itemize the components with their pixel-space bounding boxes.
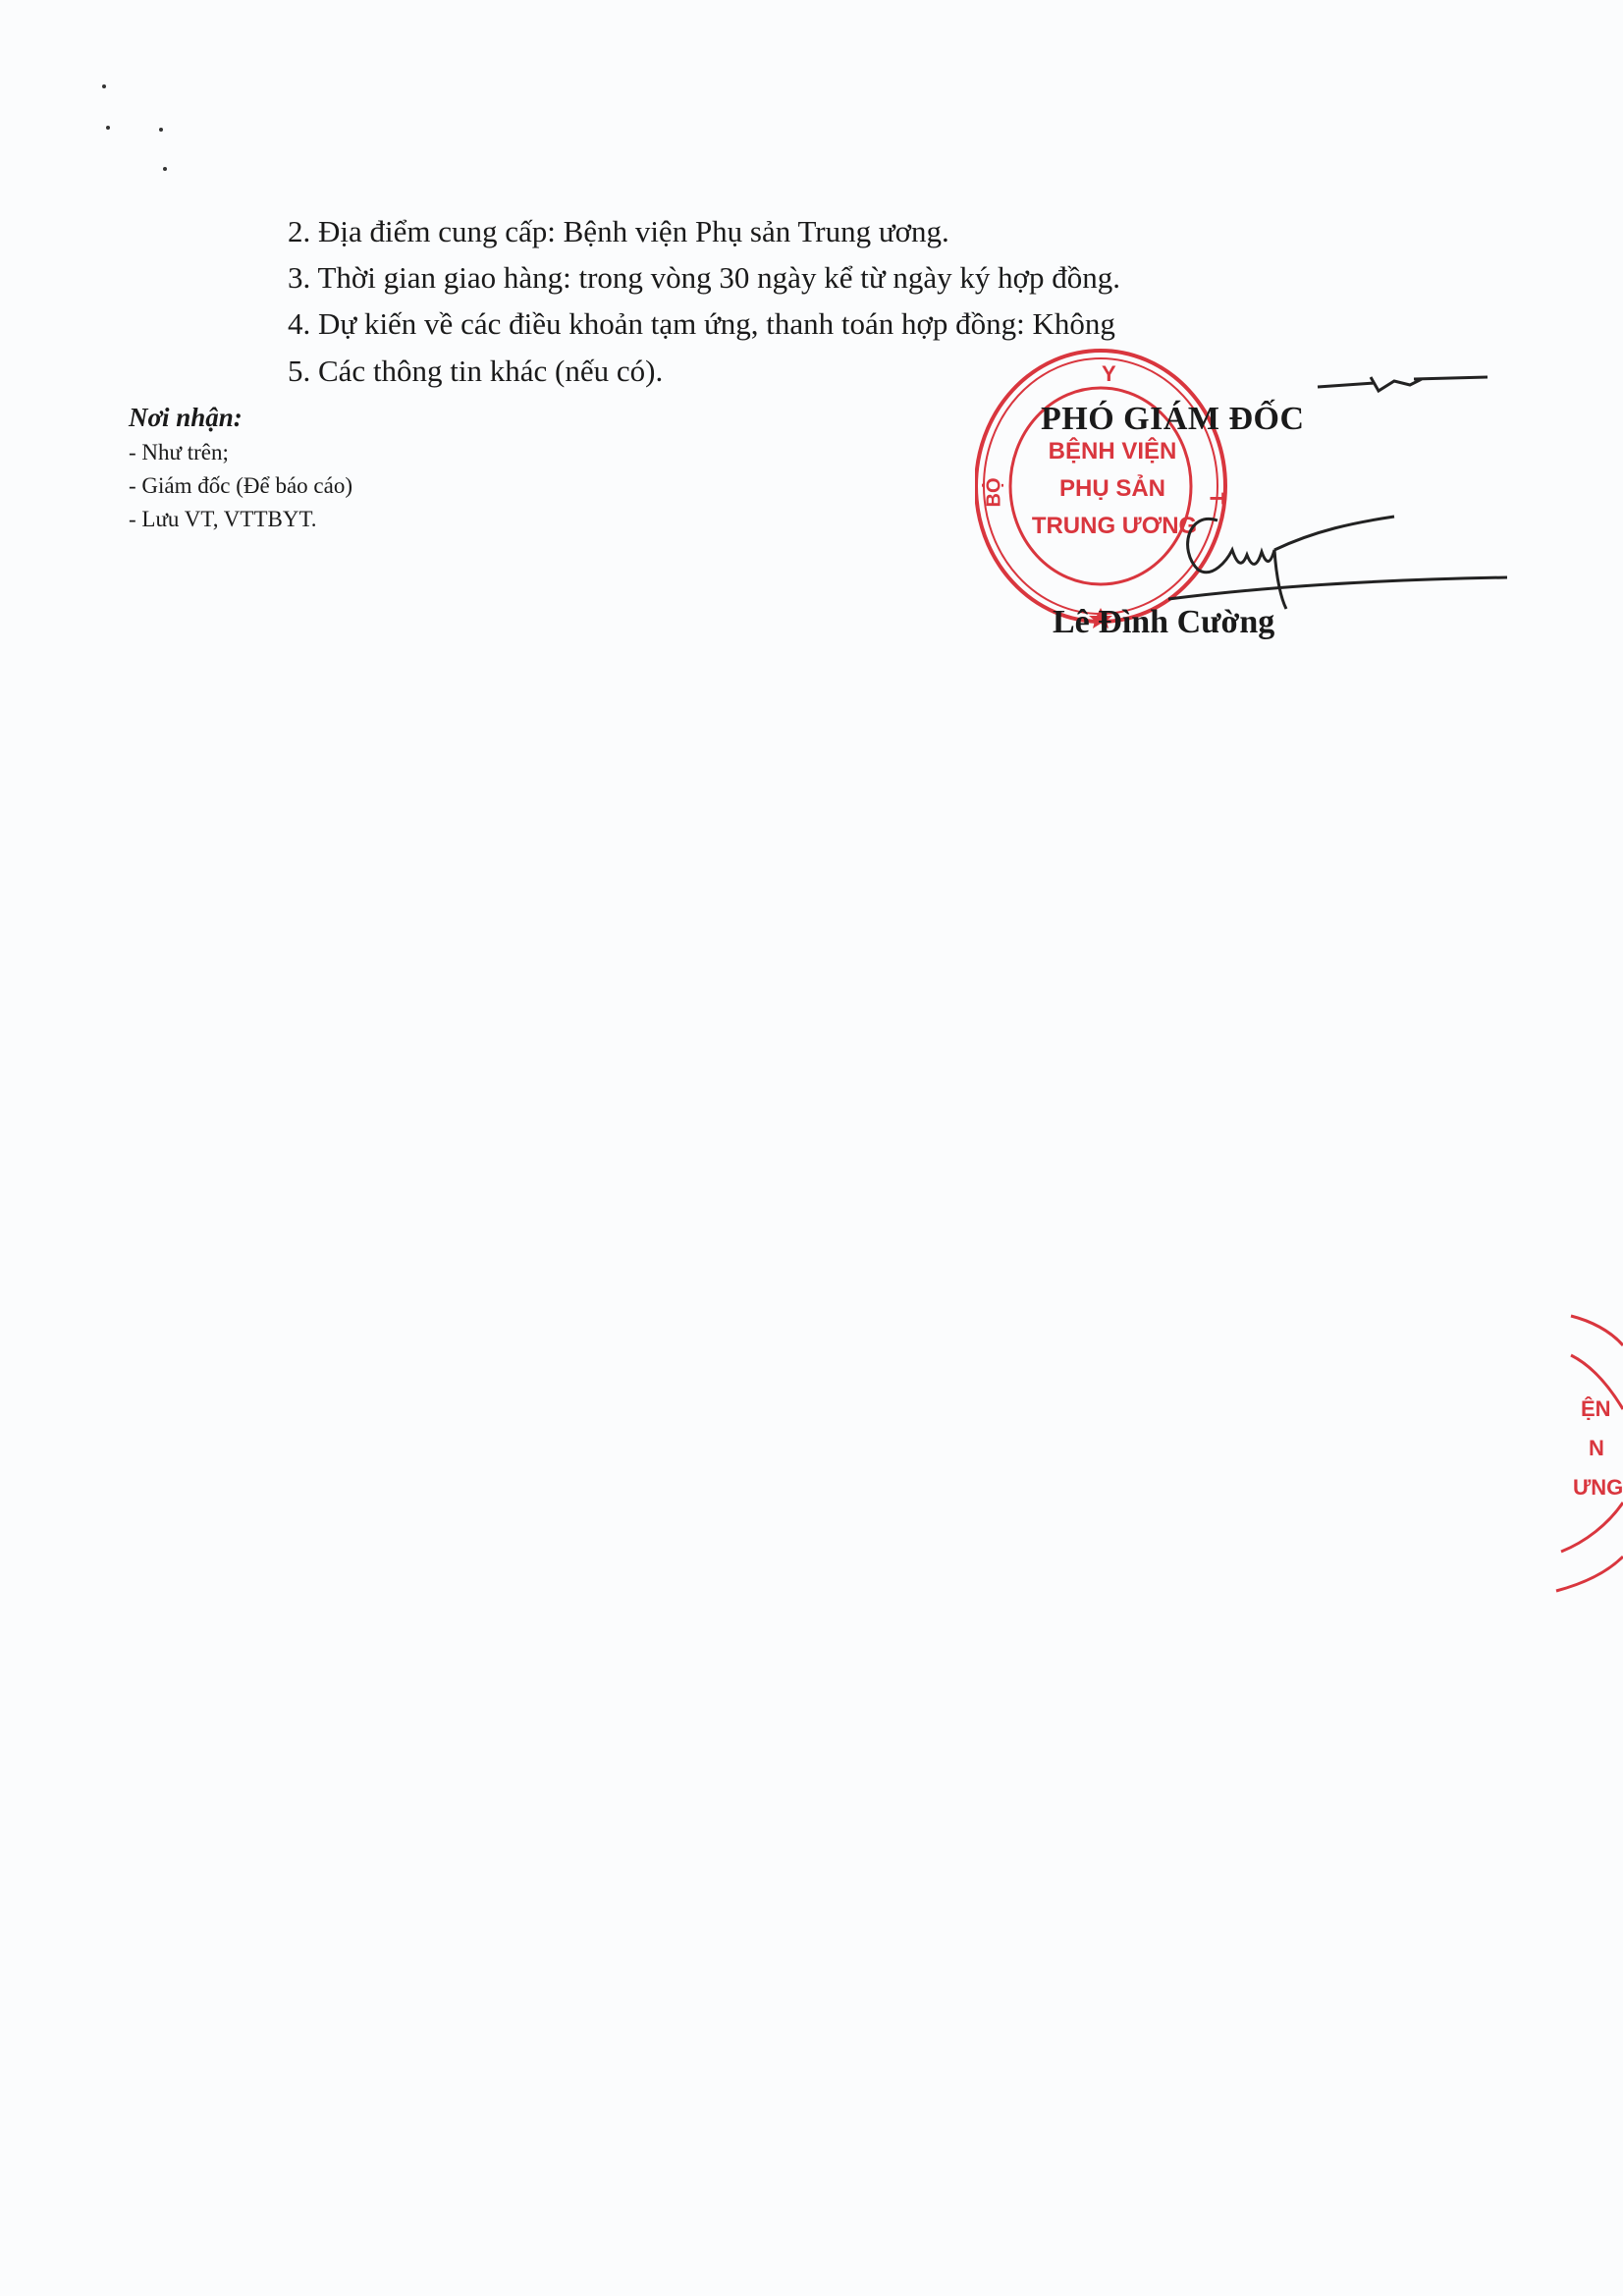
scan-speck xyxy=(163,167,167,171)
initial-mark-icon xyxy=(1316,363,1492,403)
partial-stamp-line-1: ỆN xyxy=(1581,1396,1611,1422)
scan-speck xyxy=(106,126,110,130)
scan-speck xyxy=(159,128,163,132)
item-delivery-location: 2. Địa điểm cung cấp: Bệnh viện Phụ sản … xyxy=(288,216,949,246)
item-other-info: 5. Các thông tin khác (nếu có). xyxy=(288,355,663,386)
signer-position: PHÓ GIÁM ĐỐC xyxy=(1041,401,1305,438)
partial-stamp-line-3: ƯNG xyxy=(1573,1475,1623,1501)
stamp-ring-left: BỘ xyxy=(984,478,1006,508)
scan-speck xyxy=(102,84,106,88)
recipient-line: - Lưu VT, VTTBYT. xyxy=(129,507,317,532)
signer-name: Lê Đình Cường xyxy=(1053,604,1274,641)
recipient-line: - Như trên; xyxy=(129,440,229,465)
partial-stamp-line-2: N xyxy=(1589,1436,1604,1461)
recipient-line: - Giám đốc (Để báo cáo) xyxy=(129,473,352,499)
stamp-ring-top: Y xyxy=(1102,361,1116,387)
recipients-title: Nơi nhận: xyxy=(129,403,243,433)
stamp-line-1: BỆNH VIỆN xyxy=(1039,438,1186,465)
partial-stamp-icon xyxy=(1532,1296,1623,1601)
item-payment-terms: 4. Dự kiến về các điều khoản tạm ứng, th… xyxy=(288,308,1115,339)
item-delivery-time: 3. Thời gian giao hàng: trong vòng 30 ng… xyxy=(288,262,1120,293)
